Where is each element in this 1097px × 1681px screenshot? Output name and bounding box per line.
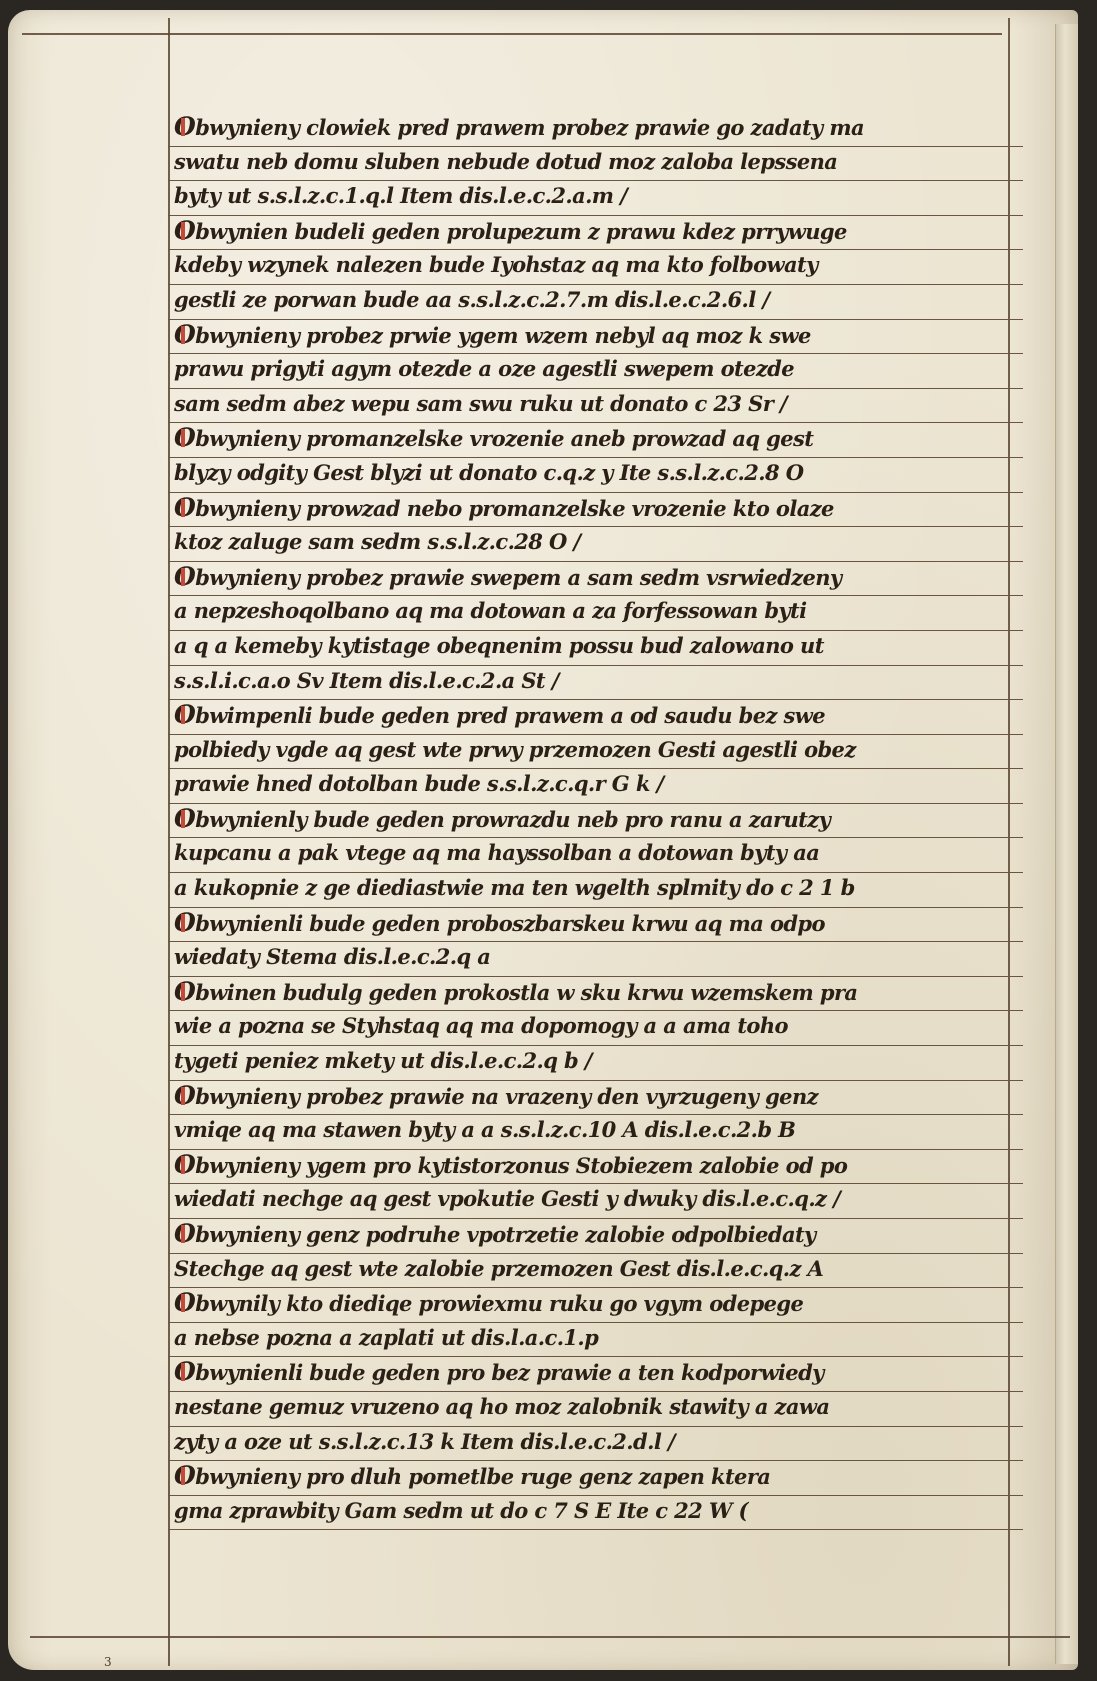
paragraph-start-line: Obwimpenli bude geden pred prawem a od s… (168, 700, 1023, 735)
line-text: wiedati nechge aq gest vpokutie Gesti y … (174, 1186, 840, 1211)
rubricated-initial: O (174, 112, 195, 141)
line-text: gestli ze porwan bude aa s.s.l.z.c.2.7.m… (174, 287, 769, 312)
rubricated-initial: O (174, 1461, 195, 1490)
line-text: a nepzeshoqolbano aq ma dotowan a za for… (174, 598, 807, 623)
line-text: tygeti peniez mkety ut dis.l.e.c.2.q b / (174, 1048, 592, 1073)
line-text: wie a pozna se Styhstaq aq ma dopomogy a… (174, 1013, 788, 1038)
line-text: zyty a oze ut s.s.l.z.c.13 k Item dis.l.… (174, 1429, 675, 1454)
paragraph-start-line: Obwynien budeli geden prolupezum z prawu… (168, 216, 1023, 251)
line-text: s.s.l.i.c.a.o Sv Item dis.l.e.c.2.a St / (174, 668, 559, 693)
line-text: sam sedm abez wepu sam swu ruku ut donat… (174, 391, 787, 416)
text-line: wiedaty Stema dis.l.e.c.2.q a (168, 942, 1023, 977)
line-text: prawu prigyti agym otezde a oze agestli … (174, 356, 794, 381)
paragraph-start-line: Obwynieny promanzelske vrozenie aneb pro… (168, 423, 1023, 458)
rubricated-initial: O (174, 700, 195, 729)
text-line: kdeby wzynek nalezen bude Iyohstaz aq ma… (168, 250, 1023, 285)
line-text: bwynieny genz podruhe vpotrzetie zalobie… (195, 1222, 815, 1247)
bottom-ruling-line (30, 1636, 1070, 1638)
line-text: vmiqe aq ma stawen byty a a s.s.l.z.c.10… (174, 1117, 795, 1142)
rubricated-initial: O (174, 1288, 195, 1317)
line-text: bwynien budeli geden prolupezum z prawu … (195, 219, 847, 244)
text-line: gestli ze porwan bude aa s.s.l.z.c.2.7.m… (168, 285, 1023, 320)
line-text: gma zprawbity Gam sedm ut do c 7 S E Ite… (174, 1498, 748, 1523)
line-text: bwynienly bude geden prowrazdu neb pro r… (195, 807, 830, 832)
line-text: a nebse pozna a zaplati ut dis.l.a.c.1.p (174, 1325, 598, 1350)
paragraph-start-line: Obwynieny prowzad nebo promanzelske vroz… (168, 493, 1023, 528)
line-text: bwynieny probez prawie na vrazeny den vy… (195, 1084, 818, 1109)
paragraph-start-line: Obwynieny probez prawie swepem a sam sed… (168, 562, 1023, 597)
text-line: zyty a oze ut s.s.l.z.c.13 k Item dis.l.… (168, 1427, 1023, 1462)
line-text: bwinen budulg geden prokostla w sku krwu… (195, 980, 857, 1005)
line-text: nestane gemuz vruzeno aq ho moz zalobnik… (174, 1394, 829, 1419)
line-text: bwynieny pro dluh pometlbe ruge genz zap… (195, 1464, 770, 1489)
paragraph-start-line: Obwynieny pro dluh pometlbe ruge genz za… (168, 1461, 1023, 1496)
text-line: Stechge aq gest wte zalobie przemozen Ge… (168, 1254, 1023, 1289)
line-text: kupcanu a pak vtege aq ma hayssolban a d… (174, 840, 819, 865)
line-text: prawie hned dotolban bude s.s.l.z.c.q.r … (174, 771, 664, 796)
paragraph-start-line: Obwynily kto diediqe prowiexmu ruku go v… (168, 1288, 1023, 1323)
rubricated-initial: O (174, 1081, 195, 1110)
rubricated-initial: O (174, 1219, 195, 1248)
paragraph-start-line: Obwynieny ygem pro kytistorzonus Stobiez… (168, 1150, 1023, 1185)
rubricated-initial: O (174, 320, 195, 349)
quire-signature-mark: 3 (104, 1655, 112, 1669)
text-line: byty ut s.s.l.z.c.1.q.l Item dis.l.e.c.2… (168, 181, 1023, 216)
paragraph-start-line: Obwynienli bude geden pro bez prawie a t… (168, 1357, 1023, 1392)
line-text: bwynieny probez prwie ygem wzem nebyl aq… (195, 323, 811, 348)
text-line: a q a kemeby kytistage obeqnenim possu b… (168, 631, 1023, 666)
line-text: bwynily kto diediqe prowiexmu ruku go vg… (195, 1291, 803, 1316)
text-line: s.s.l.i.c.a.o Sv Item dis.l.e.c.2.a St / (168, 666, 1023, 701)
binding-spine (1055, 24, 1078, 1664)
text-line: wie a pozna se Styhstaq aq ma dopomogy a… (168, 1011, 1023, 1046)
text-line: vmiqe aq ma stawen byty a a s.s.l.z.c.10… (168, 1115, 1023, 1150)
text-line: gma zprawbity Gam sedm ut do c 7 S E Ite… (168, 1496, 1023, 1531)
text-line: kupcanu a pak vtege aq ma hayssolban a d… (168, 838, 1023, 873)
line-text: bwynienli bude geden proboszbarskeu krwu… (195, 911, 825, 936)
line-text: ktoz zaluge sam sedm s.s.l.z.c.28 O / (174, 529, 581, 554)
text-line: sam sedm abez wepu sam swu ruku ut donat… (168, 389, 1023, 424)
line-text: wiedaty Stema dis.l.e.c.2.q a (174, 944, 490, 969)
text-line: prawie hned dotolban bude s.s.l.z.c.q.r … (168, 769, 1023, 804)
line-text: Stechge aq gest wte zalobie przemozen Ge… (174, 1256, 823, 1281)
line-text: blyzy odgity Gest blyzi ut donato c.q.z … (174, 460, 803, 485)
line-text: a kukopnie z ge diediastwie ma ten wgelt… (174, 875, 855, 900)
rubricated-initial: O (174, 216, 195, 245)
text-line: a nebse pozna a zaplati ut dis.l.a.c.1.p (168, 1323, 1023, 1358)
line-text: bwynienli bude geden pro bez prawie a te… (195, 1360, 824, 1385)
text-line: ktoz zaluge sam sedm s.s.l.z.c.28 O / (168, 527, 1023, 562)
rubricated-initial: O (174, 804, 195, 833)
text-line: wiedati nechge aq gest vpokutie Gesti y … (168, 1184, 1023, 1219)
text-line: a kukopnie z ge diediastwie ma ten wgelt… (168, 873, 1023, 908)
line-text: kdeby wzynek nalezen bude Iyohstaz aq ma… (174, 252, 818, 277)
line-text: bwynieny clowiek pred prawem probez praw… (195, 115, 864, 140)
text-line: a nepzeshoqolbano aq ma dotowan a za for… (168, 596, 1023, 631)
manuscript-page: Obwynieny clowiek pred prawem probez pra… (8, 10, 1078, 1670)
paragraph-start-line: Obwynienli bude geden proboszbarskeu krw… (168, 908, 1023, 943)
line-text: bwynieny promanzelske vrozenie aneb prow… (195, 426, 813, 451)
rubricated-initial: O (174, 977, 195, 1006)
line-text: bwynieny probez prawie swepem a sam sedm… (195, 565, 841, 590)
text-line: polbiedy vgde aq gest wte prwy przemozen… (168, 735, 1023, 770)
text-line: prawu prigyti agym otezde a oze agestli … (168, 354, 1023, 389)
paragraph-start-line: Obwynienly bude geden prowrazdu neb pro … (168, 804, 1023, 839)
paragraph-start-line: Obwinen budulg geden prokostla w sku krw… (168, 977, 1023, 1012)
text-line: blyzy odgity Gest blyzi ut donato c.q.z … (168, 458, 1023, 493)
rubricated-initial: O (174, 1357, 195, 1386)
paragraph-start-line: Obwynieny probez prawie na vrazeny den v… (168, 1081, 1023, 1116)
rubricated-initial: O (174, 908, 195, 937)
line-text: bwynieny ygem pro kytistorzonus Stobieze… (195, 1153, 847, 1178)
line-text: bwimpenli bude geden pred prawem a od sa… (195, 703, 825, 728)
line-text: polbiedy vgde aq gest wte prwy przemozen… (174, 737, 856, 762)
line-text: bwynieny prowzad nebo promanzelske vroze… (195, 496, 834, 521)
rubricated-initial: O (174, 423, 195, 452)
line-text: a q a kemeby kytistage obeqnenim possu b… (174, 633, 824, 658)
text-line: tygeti peniez mkety ut dis.l.e.c.2.q b / (168, 1046, 1023, 1081)
rubricated-initial: O (174, 1150, 195, 1179)
text-line: nestane gemuz vruzeno aq ho moz zalobnik… (168, 1392, 1023, 1427)
paragraph-start-line: Obwynieny clowiek pred prawem probez pra… (168, 112, 1023, 147)
text-line: swatu neb domu sluben nebude dotud moz z… (168, 147, 1023, 182)
line-text: swatu neb domu sluben nebude dotud moz z… (174, 149, 837, 174)
text-block: Obwynieny clowiek pred prawem probez pra… (168, 112, 1023, 1530)
rubricated-initial: O (174, 562, 195, 591)
paragraph-start-line: Obwynieny probez prwie ygem wzem nebyl a… (168, 320, 1023, 355)
paragraph-start-line: Obwynieny genz podruhe vpotrzetie zalobi… (168, 1219, 1023, 1254)
rubricated-initial: O (174, 493, 195, 522)
line-text: byty ut s.s.l.z.c.1.q.l Item dis.l.e.c.2… (174, 183, 627, 208)
